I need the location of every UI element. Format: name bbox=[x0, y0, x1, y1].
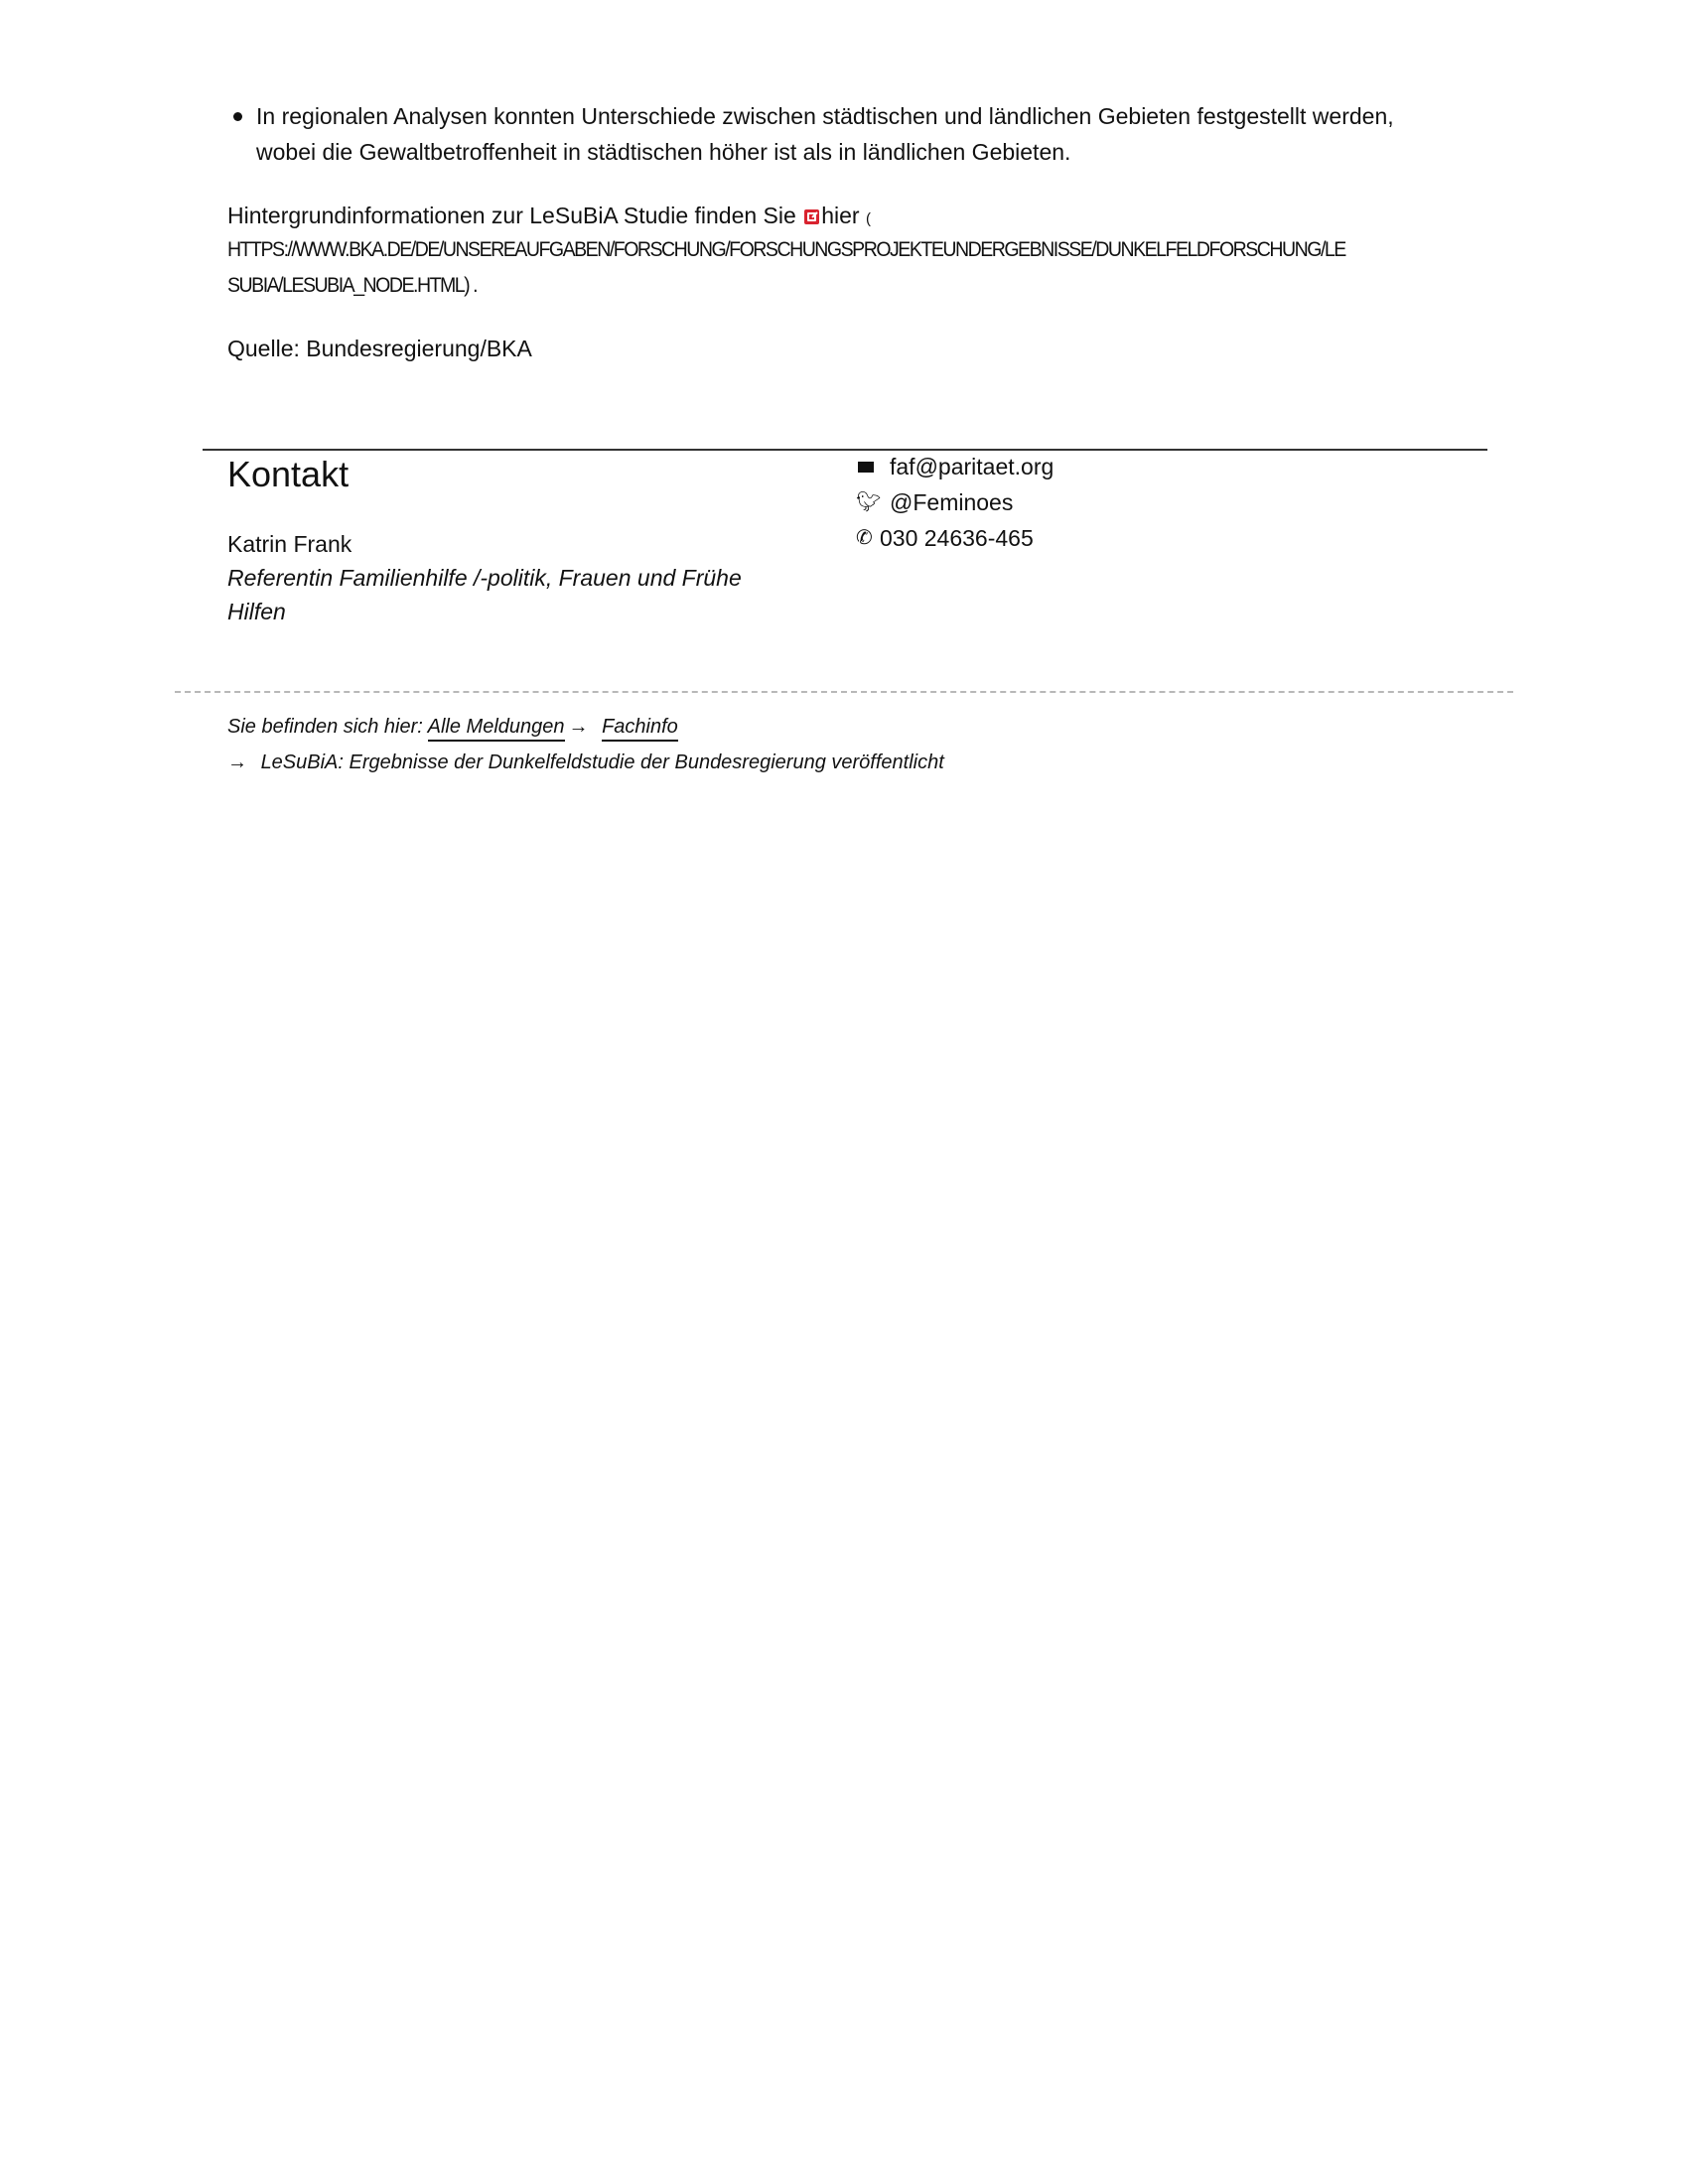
contact-phone[interactable]: 030 24636-465 bbox=[880, 520, 1034, 556]
breadcrumb-label: Sie befinden sich hier: bbox=[227, 716, 423, 738]
breadcrumb-divider bbox=[175, 691, 1513, 693]
breadcrumb-current: LeSuBiA: Ergebnisse der Dunkelfeldstudie… bbox=[261, 751, 944, 773]
external-link-hier[interactable]: hier bbox=[802, 203, 866, 228]
url-text-line1[interactable]: HTTPS://WWW.BKA.DE/DE/UNSEREAUFGABEN/FOR… bbox=[227, 238, 1345, 262]
url-text-line2[interactable]: SUBIA/LESUBIA_NODE.HTML) . bbox=[227, 274, 477, 298]
contact-divider bbox=[203, 449, 1487, 451]
contact-name: Katrin Frank bbox=[227, 527, 352, 561]
contact-role-line2: Hilfen bbox=[227, 595, 286, 628]
arrow-right-icon: → bbox=[569, 716, 589, 738]
contact-role-line1: Referentin Familienhilfe /-politik, Frau… bbox=[227, 561, 742, 595]
contact-email[interactable]: faf@paritaet.org bbox=[890, 449, 1054, 484]
bullet-text-line2: wobei die Gewaltbetroffenheit in städtis… bbox=[256, 134, 1070, 170]
contact-email-row[interactable]: faf@paritaet.org bbox=[856, 449, 1054, 484]
bullet-text-line1: In regionalen Analysen konnten Unterschi… bbox=[256, 98, 1394, 134]
external-link-icon bbox=[804, 209, 819, 224]
contact-twitter[interactable]: @Feminoes bbox=[890, 484, 1013, 520]
link-label: hier bbox=[821, 203, 859, 228]
contact-heading: Kontakt bbox=[227, 453, 349, 496]
phone-icon: ✆ bbox=[856, 520, 878, 556]
source-text: Quelle: Bundesregierung/BKA bbox=[227, 331, 532, 366]
background-info-text: Hintergrundinformationen zur LeSuBiA Stu… bbox=[227, 203, 796, 228]
bullet-dot bbox=[233, 112, 242, 121]
arrow-right-icon: → bbox=[227, 751, 247, 773]
twitter-icon: 🐦︎ bbox=[856, 484, 878, 520]
breadcrumb-item-alle-meldungen[interactable]: Alle Meldungen bbox=[428, 716, 565, 742]
url-open-paren: ( bbox=[866, 210, 871, 227]
contact-phone-row[interactable]: ✆ 030 24636-465 bbox=[856, 520, 1034, 556]
contact-twitter-row[interactable]: 🐦︎ @Feminoes bbox=[856, 484, 1013, 520]
breadcrumb-item-fachinfo[interactable]: Fachinfo bbox=[602, 716, 678, 742]
envelope-icon bbox=[858, 462, 874, 473]
